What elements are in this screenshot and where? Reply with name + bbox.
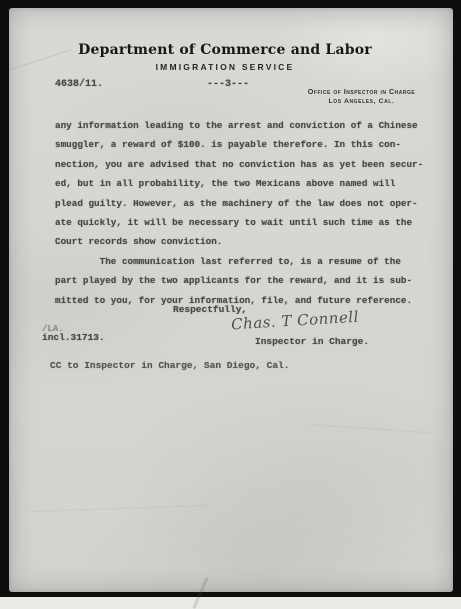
letter-paper: Department of Commerce and Labor IMMIGRA… bbox=[9, 8, 453, 592]
enclosure-number: incl.31713. bbox=[42, 332, 105, 343]
body-line: ate quickly, it will be necessary to wai… bbox=[55, 213, 435, 232]
signer-title: Inspector in Charge. bbox=[255, 336, 369, 347]
body-line: Court records show conviction. bbox=[55, 232, 435, 251]
paper-crease bbox=[192, 577, 209, 600]
office-address-block: Office of Inspector in Charge Los Angele… bbox=[269, 87, 454, 105]
letterhead-department-title: Department of Commerce and Labor bbox=[9, 42, 441, 58]
body-line: smuggler, a reward of $100. is payable t… bbox=[55, 135, 435, 154]
body-line: ed, but in all probability, the two Mexi… bbox=[55, 174, 435, 193]
letter-body: any information leading to the arrest an… bbox=[55, 116, 435, 310]
body-line: The communication last referred to, is a… bbox=[55, 252, 435, 271]
scanned-letter: Department of Commerce and Labor IMMIGRA… bbox=[0, 0, 461, 597]
paper-crease bbox=[309, 424, 429, 433]
body-line: part played by the two applicants for th… bbox=[55, 271, 435, 290]
letterhead-service-subtitle: IMMIGRATION SERVICE bbox=[9, 62, 441, 72]
office-city-line: Los Angeles, Cal. bbox=[269, 98, 454, 105]
page-number: ---3--- bbox=[207, 79, 249, 90]
cc-notation: CC to Inspector in Charge, San Diego, Ca… bbox=[50, 360, 289, 371]
body-line: plead guilty. However, as the machinery … bbox=[55, 194, 435, 213]
file-number: 4638/11. bbox=[55, 79, 103, 90]
closing-salutation: Respectfully, bbox=[173, 304, 247, 315]
paper-crease bbox=[29, 505, 209, 512]
office-name-line: Office of Inspector in Charge bbox=[269, 87, 454, 96]
body-line: nection, you are advised that no convict… bbox=[55, 155, 435, 174]
body-line: any information leading to the arrest an… bbox=[55, 116, 435, 135]
